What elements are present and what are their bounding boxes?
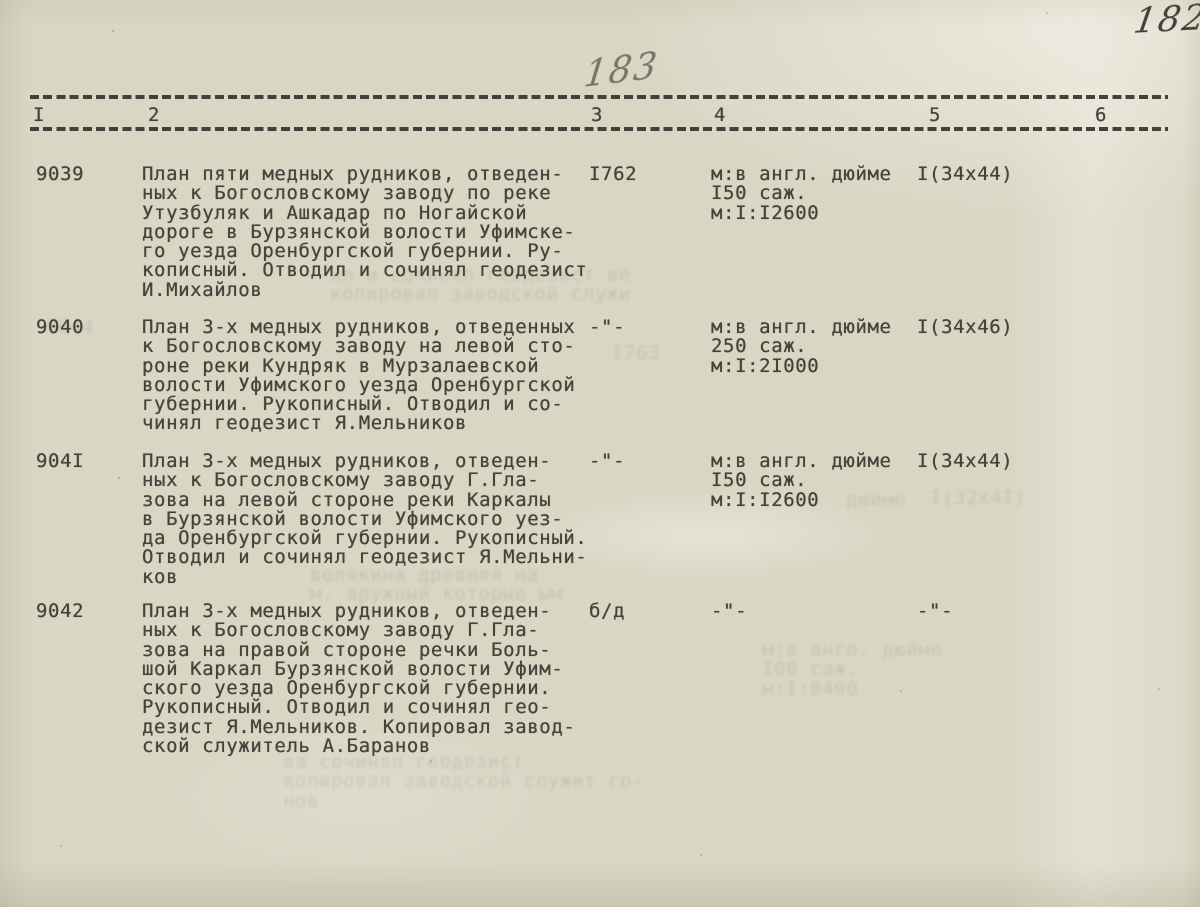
column-header-3: 3 (591, 104, 603, 126)
entry-description: План пяти медных рудников, отведен- ных … (142, 165, 622, 300)
entry-description: План 3-х медных рудников, отведенных к Б… (142, 318, 622, 434)
column-header-1: I (33, 104, 45, 126)
entry-scale: м:в англ. дюйме I50 саж. м:I:I2600 (711, 165, 941, 223)
entry-description: План 3-х медных рудников, отведен- ных к… (142, 452, 622, 587)
entry-number: 9040 (36, 318, 84, 337)
column-header-6: 6 (1095, 104, 1107, 126)
bleedthrough-text: I(32x4I) (930, 489, 1026, 508)
entry-date: -"- (589, 318, 625, 337)
column-header-4: 4 (714, 104, 726, 126)
handwritten-sheet-number: 183 (582, 45, 661, 96)
entry-description: План 3-х медных рудников, отведен- ных к… (142, 602, 622, 756)
paper-specks (112, 30, 114, 32)
entry-number: 9039 (36, 165, 84, 184)
entry-date: I762 (589, 165, 637, 184)
table-header-rule-bottom (30, 127, 1168, 131)
entry-scale: -"- (711, 602, 941, 621)
column-header-5: 5 (929, 104, 941, 126)
entry-scale: м:в англ. дюйме 250 саж. м:I:2I000 (711, 318, 941, 376)
bleedthrough-text: ва сочинял геодезист копировал заводской… (283, 753, 644, 811)
entry-number: 9042 (36, 602, 84, 621)
entry-date: б/д (589, 602, 625, 621)
entry-size: -"- (917, 602, 953, 621)
handwritten-page-number: 182 (1131, 0, 1200, 42)
column-header-2: 2 (148, 104, 160, 126)
entry-size: I(34x44) (917, 165, 1013, 184)
bleedthrough-text: м:в англ. дюйме I00 саж. м:I:8400 (762, 641, 943, 699)
entry-date: -"- (589, 452, 625, 471)
entry-size: I(34x46) (917, 318, 1013, 337)
entry-scale: м:в англ. дюйме I50 саж. м:I:I2600 (711, 452, 941, 510)
table-header-rule-top (30, 95, 1168, 99)
entry-size: I(34x44) (917, 452, 1013, 471)
scanned-catalog-page: ил и сочинял геодезист ве копировал заво… (0, 0, 1200, 907)
entry-number: 904I (36, 452, 84, 471)
